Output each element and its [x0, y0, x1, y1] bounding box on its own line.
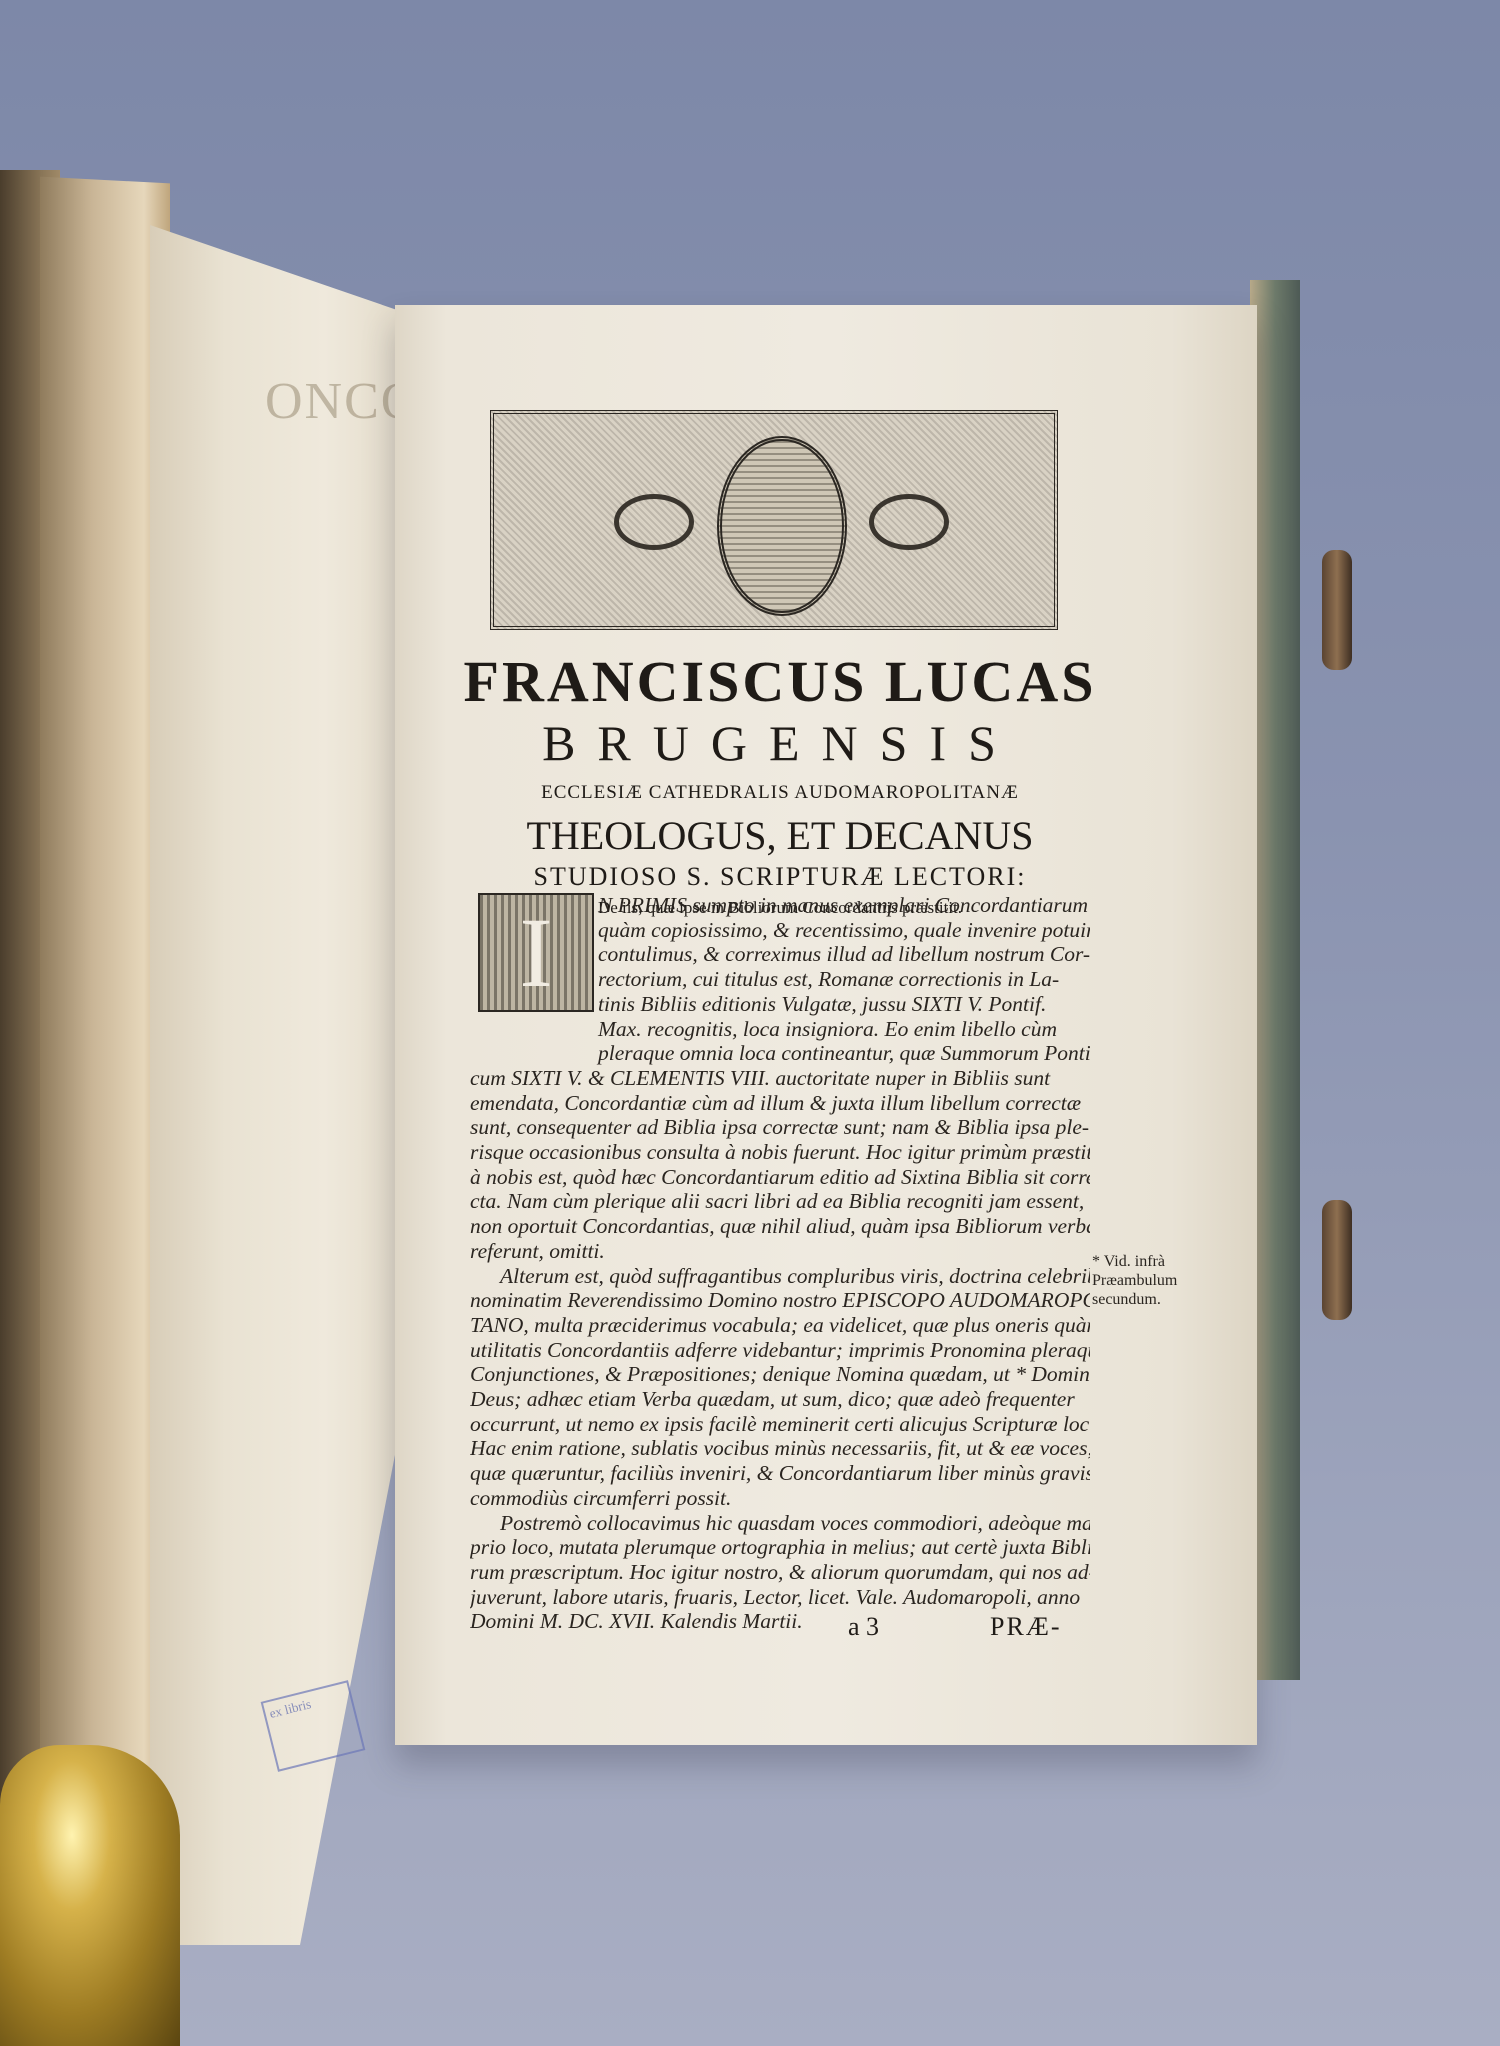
woodcut-headpiece [490, 410, 1058, 630]
heading-author-name: FRANCISCUS LUCAS [440, 648, 1120, 715]
heading-church: ECCLESIÆ CATHEDRALIS AUDOMAROPOLITANÆ [440, 782, 1120, 804]
text-line: risque occasionibus consulta à nobis fue… [470, 1140, 1090, 1165]
paragraph-1: N PRIMIS sumpto in manus exemplari Conco… [470, 893, 1090, 1264]
hinge-upper [1322, 550, 1352, 670]
text-line: contulimus, & correximus illud ad libell… [470, 942, 1090, 967]
ornament-vignette [717, 436, 847, 616]
text-line: referunt, omitti. [470, 1239, 1090, 1264]
ornament-scroll-left [614, 494, 694, 550]
text-line: emendata, Concordantiæ cùm ad illum & ju… [470, 1091, 1090, 1116]
text-line: rum præscriptum. Hoc igitur nostro, & al… [470, 1560, 1090, 1585]
text-line: Postremò collocavimus hic quasdam voces … [470, 1511, 1090, 1536]
heading-author-origin: BRUGENSIS [440, 714, 1120, 772]
heading-office: THEOLOGUS, ET DECANUS [440, 812, 1120, 859]
signature-mark: a 3 [848, 1612, 879, 1642]
text-line: TANO, multa præciderimus vocabula; ea vi… [470, 1313, 1090, 1338]
left-page-bleedthrough-text: ONCORDANTI [265, 370, 395, 870]
text-line: tinis Bibliis editionis Vulgatæ, jussu S… [470, 992, 1090, 1017]
text-line: juverunt, labore utaris, fruaris, Lector… [470, 1585, 1090, 1610]
text-line: quàm copiosissimo, & recentissimo, quale… [470, 918, 1090, 943]
text-line: utilitatis Concordantiis adferre videban… [470, 1338, 1090, 1363]
text-line: commodiùs circumferri possit. [470, 1486, 1090, 1511]
text-line: nominatim Reverendissimo Domino nostro E… [470, 1288, 1090, 1313]
body-text: N PRIMIS sumpto in manus exemplari Conco… [470, 893, 1090, 1634]
margin-note: * Vid. infrà Præambulum secundum. [1092, 1252, 1172, 1309]
text-line: pleraque omnia loca contineantur, quæ Su… [470, 1041, 1090, 1066]
heading-address: STUDIOSO S. SCRIPTURÆ LECTORI: [440, 862, 1120, 892]
ornament-scroll-right [869, 494, 949, 550]
hinge-lower [1322, 1200, 1352, 1320]
text-line: quæ quæruntur, faciliùs inveniri, & Conc… [470, 1461, 1090, 1486]
text-line: Hac enim ratione, sublatis vocibus minùs… [470, 1436, 1090, 1461]
text-line: Conjunctiones, & Præpositiones; denique … [470, 1362, 1090, 1387]
catchword: PRÆ- [990, 1612, 1062, 1642]
text-line: rectorium, cui titulus est, Romanæ corre… [470, 967, 1090, 992]
text-line: non oportuit Concordantias, quæ nihil al… [470, 1214, 1090, 1239]
text-line: Max. recognitis, loca insigniora. Eo eni… [470, 1017, 1090, 1042]
paragraph-2: Alterum est, quòd suffragantibus complur… [470, 1264, 1090, 1511]
text-line: occurrunt, ut nemo ex ipsis facilè memin… [470, 1412, 1090, 1437]
text-line: prio loco, mutata plerumque ortographia … [470, 1535, 1090, 1560]
text-line: Deus; adhæc etiam Verba quædam, ut sum, … [470, 1387, 1090, 1412]
text-line: sunt, consequenter ad Biblia ipsa correc… [470, 1115, 1090, 1140]
text-line: à nobis est, quòd hæc Concordantiarum ed… [470, 1165, 1090, 1190]
text-line: Alterum est, quòd suffragantibus complur… [470, 1264, 1090, 1289]
book-fore-edge [1250, 280, 1300, 1680]
text-line: cum SIXTI V. & CLEMENTIS VIII. auctorita… [470, 1066, 1090, 1091]
brass-clasp [0, 1745, 180, 2046]
text-line: cta. Nam cùm plerique alii sacri libri a… [470, 1189, 1090, 1214]
text-line: N PRIMIS sumpto in manus exemplari Conco… [470, 893, 1090, 918]
